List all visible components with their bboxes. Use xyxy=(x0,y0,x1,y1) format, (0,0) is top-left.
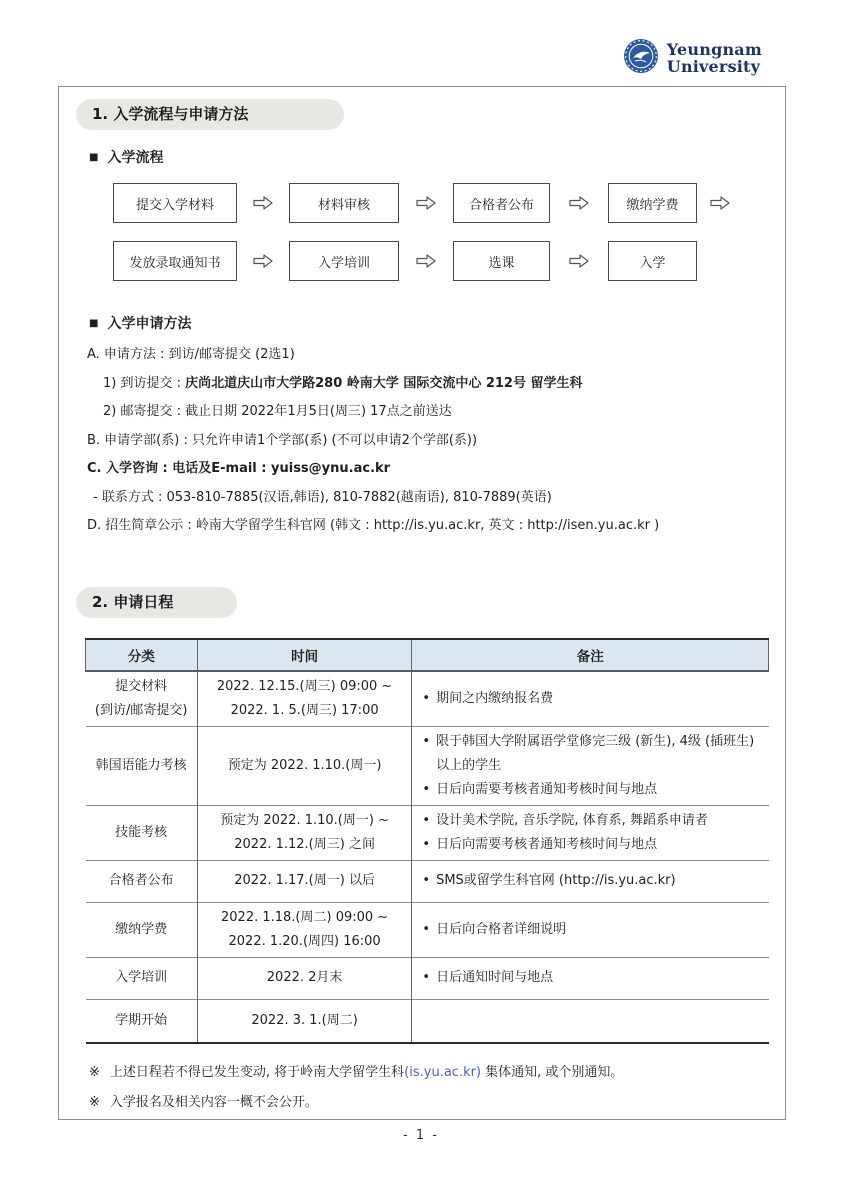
category-line: 技能考核 xyxy=(86,821,197,845)
cell-category: 合格者公布 xyxy=(86,860,198,902)
arrow-right-icon xyxy=(550,241,608,281)
apply-method-heading: ■ 入学申请方法 xyxy=(89,313,769,333)
cell-remark: •限于韩国大学附属语学堂修完三级 (新生), 4级 (插班生) 以上的学生 •日… xyxy=(412,726,769,805)
category-line: 合格者公布 xyxy=(86,869,197,893)
dot-bullet-icon: • xyxy=(422,778,430,802)
table-row: 提交材料 (到访/邮寄提交) 2022. 12.15.(周三) 09:00 ~ … xyxy=(86,671,769,727)
schedule-table: 分类 时间 备注 提交材料 (到访/邮寄提交) 2022. 12.15.(周三)… xyxy=(85,638,769,1045)
square-bullet-icon: ■ xyxy=(89,152,98,163)
footnote-1: ※ 上述日程若不得已发生变动, 将于岭南大学留学生科(is.yu.ac.kr) … xyxy=(89,1058,769,1088)
cell-time: 2022. 12.15.(周三) 09:00 ~ 2022. 1. 5.(周三)… xyxy=(197,671,412,727)
footnote-2-text: 入学报名及相关内容一概不会公开。 xyxy=(110,1088,318,1118)
dot-bullet-icon: • xyxy=(422,966,430,990)
application-method-list: A. 申请方法 : 到访/邮寄提交 (2选1) 1) 到访提交 : 庆尚北道庆山… xyxy=(87,341,769,541)
cell-remark: •期间之内缴纳报名费 xyxy=(412,671,769,727)
remark-line: •日后向需要考核者通知考核时间与地点 xyxy=(422,833,760,857)
arrow-right-icon xyxy=(399,183,453,223)
apply-method-heading-label: 入学申请方法 xyxy=(107,313,191,333)
footnote-1-text: 上述日程若不得已发生变动, 将于岭南大学留学生科 xyxy=(110,1065,404,1080)
category-line: 入学培训 xyxy=(86,966,197,990)
cell-time: 2022. 1.18.(周二) 09:00 ~ 2022. 1.20.(周四) … xyxy=(197,902,412,957)
cell-time: 2022. 2月末 xyxy=(197,957,412,999)
flow-step: 入学培训 xyxy=(289,241,399,281)
apply-line-b: B. 申请学部(系) : 只允许申请1个学部(系) (不可以申请2个学部(系)) xyxy=(87,427,769,456)
table-row: 缴纳学费 2022. 1.18.(周二) 09:00 ~ 2022. 1.20.… xyxy=(86,902,769,957)
header-time: 时间 xyxy=(197,639,412,671)
flow-step: 选课 xyxy=(453,241,550,281)
admission-flowchart: 提交入学材料 材料审核 合格者公布 缴纳学费 发放录取通知书 入学培训 选课 入… xyxy=(113,183,769,281)
arrow-right-icon xyxy=(697,183,743,223)
apply-line-c: C. 入学咨询 : 电话及E-mail : yuiss@ynu.ac.kr xyxy=(87,455,769,484)
header-remark: 备注 xyxy=(412,639,769,671)
arrow-right-icon xyxy=(237,183,289,223)
flow-step: 入学 xyxy=(608,241,697,281)
category-line: (到访/邮寄提交) xyxy=(86,699,197,723)
table-header-row: 分类 时间 备注 xyxy=(86,639,769,671)
cell-category: 技能考核 xyxy=(86,805,198,860)
visit-address: 庆尚北道庆山市大学路280 岭南大学 国际交流中心 212号 留学生科 xyxy=(185,376,582,391)
contact-numbers: - 联系方式 : 053-810-7885(汉语,韩语), 810-7882(越… xyxy=(93,484,769,513)
apply-line-a1-prefix: 1) 到访提交 : xyxy=(103,376,185,391)
apply-line-a1: 1) 到访提交 : 庆尚北道庆山市大学路280 岭南大学 国际交流中心 212号… xyxy=(103,370,769,399)
is-yu-link[interactable]: (is.yu.ac.kr) xyxy=(404,1065,481,1080)
page-number: - 1 - xyxy=(0,1128,842,1143)
section2-title: 2. 申请日程 xyxy=(76,587,237,618)
header-category: 分类 xyxy=(86,639,198,671)
time-line: 2022. 1. 5.(周三) 17:00 xyxy=(198,699,412,723)
flow-step: 发放录取通知书 xyxy=(113,241,237,281)
cell-category: 提交材料 (到访/邮寄提交) xyxy=(86,671,198,727)
dot-bullet-icon: • xyxy=(422,687,430,711)
time-line: 2022. 1.12.(周三) 之间 xyxy=(198,833,412,857)
footnote-1-suffix: 集体通知, 或个别通知。 xyxy=(481,1065,623,1080)
remark-line: •日后向合格者详细说明 xyxy=(422,918,760,942)
cell-category: 缴纳学费 xyxy=(86,902,198,957)
cell-remark: •设计美术学院, 音乐学院, 体育系, 舞蹈系申请者 •日后向需要考核者通知考核… xyxy=(412,805,769,860)
time-line: 预定为 2022. 1.10.(周一) xyxy=(198,754,412,778)
remark-line: •期间之内缴纳报名费 xyxy=(422,687,760,711)
category-line: 韩国语能力考核 xyxy=(86,754,197,778)
flow-heading: ■ 入学流程 xyxy=(89,147,769,167)
time-line: 2022. 1.18.(周二) 09:00 ~ xyxy=(198,906,412,930)
university-logo: Yeungnam University xyxy=(623,38,762,78)
dot-bullet-icon: • xyxy=(422,833,430,857)
arrow-right-icon xyxy=(399,241,453,281)
cell-category: 入学培训 xyxy=(86,957,198,999)
reference-mark: ※ xyxy=(89,1058,100,1088)
reference-mark: ※ xyxy=(89,1088,100,1118)
remark-line: •限于韩国大学附属语学堂修完三级 (新生), 4级 (插班生) 以上的学生 xyxy=(422,730,760,778)
dot-bullet-icon: • xyxy=(422,869,430,893)
apply-line-a: A. 申请方法 : 到访/邮寄提交 (2选1) xyxy=(87,341,769,370)
footnotes: ※ 上述日程若不得已发生变动, 将于岭南大学留学生科(is.yu.ac.kr) … xyxy=(89,1058,769,1118)
dot-bullet-icon: • xyxy=(422,918,430,942)
table-row: 合格者公布 2022. 1.17.(周一) 以后 •SMS或留学生科官网 (ht… xyxy=(86,860,769,902)
flow-step: 缴纳学费 xyxy=(608,183,697,223)
flow-heading-label: 入学流程 xyxy=(107,147,163,167)
remark-line: •日后通知时间与地点 xyxy=(422,966,760,990)
time-line: 2022. 1.17.(周一) 以后 xyxy=(198,869,412,893)
apply-line-a2: 2) 邮寄提交 : 截止日期 2022年1月5日(周三) 17点之前送达 xyxy=(103,398,769,427)
category-line: 缴纳学费 xyxy=(86,918,197,942)
cell-category: 学期开始 xyxy=(86,999,198,1043)
flow-step: 材料审核 xyxy=(289,183,399,223)
category-line: 学期开始 xyxy=(86,1009,197,1033)
flow-step: 提交入学材料 xyxy=(113,183,237,223)
section1-title: 1. 入学流程与申请方法 xyxy=(76,99,344,130)
table-row: 学期开始 2022. 3. 1.(周二) xyxy=(86,999,769,1043)
university-name-line2: University xyxy=(667,58,762,75)
cell-remark: •日后通知时间与地点 xyxy=(412,957,769,999)
cell-time: 预定为 2022. 1.10.(周一) ~ 2022. 1.12.(周三) 之间 xyxy=(197,805,412,860)
cell-remark xyxy=(412,999,769,1043)
dot-bullet-icon: • xyxy=(422,730,430,754)
university-name: Yeungnam University xyxy=(667,41,762,75)
category-line: 提交材料 xyxy=(86,675,197,699)
cell-time: 2022. 3. 1.(周二) xyxy=(197,999,412,1043)
table-row: 韩国语能力考核 预定为 2022. 1.10.(周一) •限于韩国大学附属语学堂… xyxy=(86,726,769,805)
cell-remark: •日后向合格者详细说明 xyxy=(412,902,769,957)
remark-line: •日后向需要考核者通知考核时间与地点 xyxy=(422,778,760,802)
time-line: 2022. 3. 1.(周二) xyxy=(198,1009,412,1033)
footnote-2: ※ 入学报名及相关内容一概不会公开。 xyxy=(89,1088,769,1118)
cell-time: 2022. 1.17.(周一) 以后 xyxy=(197,860,412,902)
square-bullet-icon: ■ xyxy=(89,318,98,329)
cell-category: 韩国语能力考核 xyxy=(86,726,198,805)
university-seal-icon xyxy=(623,38,659,78)
cell-remark: •SMS或留学生科官网 (http://is.yu.ac.kr) xyxy=(412,860,769,902)
time-line: 2022. 12.15.(周三) 09:00 ~ xyxy=(198,675,412,699)
university-name-line1: Yeungnam xyxy=(667,41,762,58)
apply-line-d: D. 招生简章公示 : 岭南大学留学生科官网 (韩文 : http://is.y… xyxy=(87,512,769,541)
time-line: 2022. 1.20.(周四) 16:00 xyxy=(198,930,412,954)
table-row: 入学培训 2022. 2月末 •日后通知时间与地点 xyxy=(86,957,769,999)
time-line: 2022. 2月末 xyxy=(198,966,412,990)
remark-line: •SMS或留学生科官网 (http://is.yu.ac.kr) xyxy=(422,869,760,893)
cell-time: 预定为 2022. 1.10.(周一) xyxy=(197,726,412,805)
remark-line: •设计美术学院, 音乐学院, 体育系, 舞蹈系申请者 xyxy=(422,809,760,833)
time-line: 预定为 2022. 1.10.(周一) ~ xyxy=(198,809,412,833)
flow-step: 合格者公布 xyxy=(453,183,550,223)
arrow-right-icon xyxy=(237,241,289,281)
table-row: 技能考核 预定为 2022. 1.10.(周一) ~ 2022. 1.12.(周… xyxy=(86,805,769,860)
dot-bullet-icon: • xyxy=(422,809,430,833)
arrow-right-icon xyxy=(550,183,608,223)
page-border-frame: 1. 入学流程与申请方法 ■ 入学流程 提交入学材料 材料审核 合格者公布 缴纳… xyxy=(58,86,786,1120)
